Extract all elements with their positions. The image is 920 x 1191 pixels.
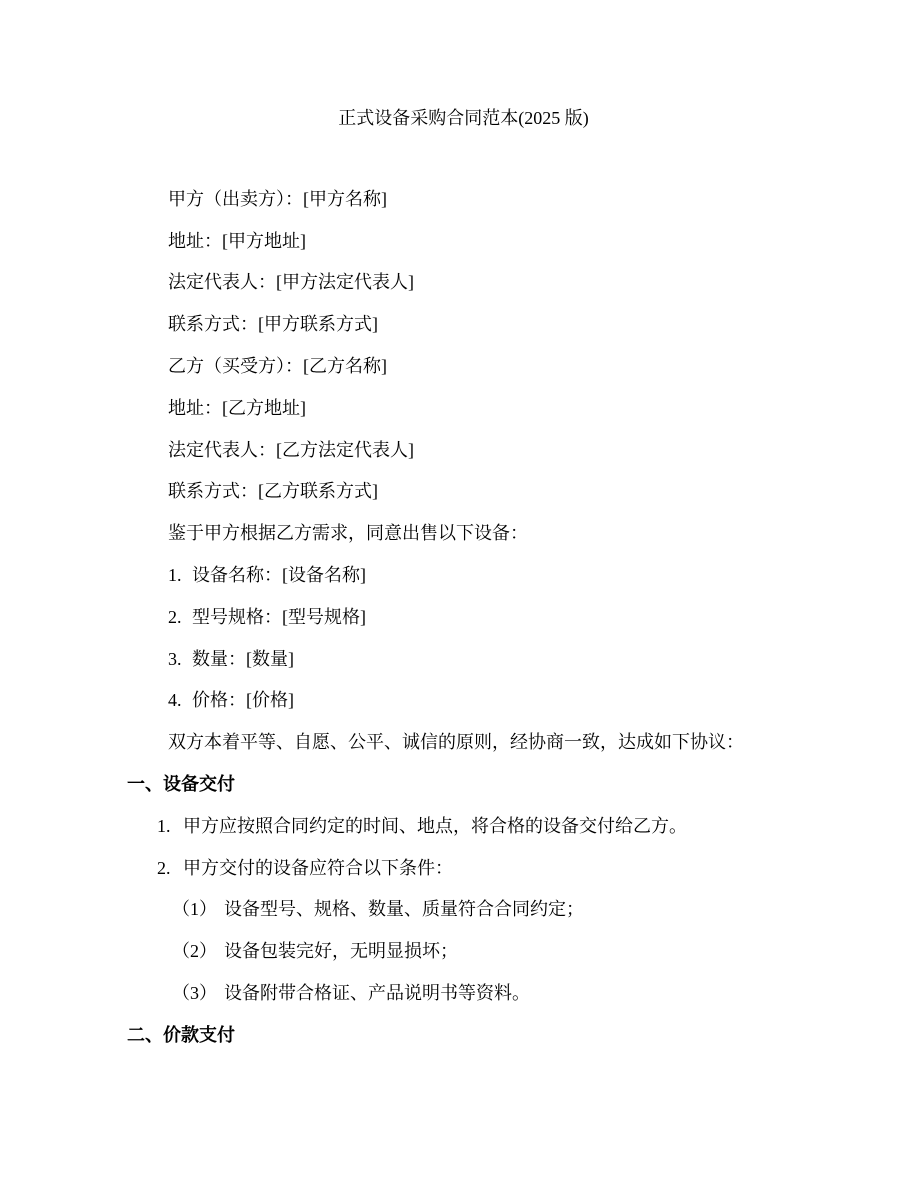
- paragraph-party-a-name: 甲方（出卖方）：[甲方名称]: [127, 179, 800, 221]
- sub-item-number: （3）: [172, 973, 224, 1015]
- list-item-delivery-conditions: 2.甲方交付的设备应符合以下条件：: [127, 848, 800, 890]
- paragraph-party-b-address: 地址：[乙方地址]: [127, 388, 800, 430]
- list-number: 2.: [157, 848, 183, 890]
- list-item-equipment-name: 1.设备名称：[设备名称]: [127, 555, 800, 597]
- paragraph-party-b-representative: 法定代表人：[乙方法定代表人]: [127, 430, 800, 472]
- paragraph-party-b-name: 乙方（买受方）：[乙方名称]: [127, 346, 800, 388]
- sub-item-conformity: （1）设备型号、规格、数量、质量符合合同约定；: [127, 889, 800, 931]
- list-text: 型号规格：[型号规格]: [192, 607, 366, 627]
- list-text: 甲方应按照合同约定的时间、地点，将合格的设备交付给乙方。: [183, 816, 687, 836]
- paragraph-party-b-contact: 联系方式：[乙方联系方式]: [127, 471, 800, 513]
- paragraph-agreement-principles: 双方本着平等、自愿、公平、诚信的原则，经协商一致，达成如下协议：: [127, 722, 800, 764]
- list-text: 设备名称：[设备名称]: [192, 565, 366, 585]
- list-item-quantity: 3.数量：[数量]: [127, 639, 800, 681]
- sub-item-text: 设备型号、规格、数量、质量符合合同约定；: [224, 899, 584, 919]
- list-text: 数量：[数量]: [192, 649, 294, 669]
- paragraph-party-a-representative: 法定代表人：[甲方法定代表人]: [127, 262, 800, 304]
- paragraph-whereas-clause: 鉴于甲方根据乙方需求，同意出售以下设备：: [127, 513, 800, 555]
- list-item-delivery-obligation: 1.甲方应按照合同约定的时间、地点，将合格的设备交付给乙方。: [127, 806, 800, 848]
- sub-item-number: （1）: [172, 889, 224, 931]
- document-title: 正式设备采购合同范本(2025 版): [127, 98, 800, 140]
- sub-item-text: 设备包装完好，无明显损坏；: [224, 941, 458, 961]
- contract-document-page: 正式设备采购合同范本(2025 版) 甲方（出卖方）：[甲方名称] 地址：[甲方…: [0, 0, 920, 1191]
- list-item-price: 4.价格：[价格]: [127, 680, 800, 722]
- list-number: 4.: [168, 680, 192, 722]
- list-number: 1.: [168, 555, 192, 597]
- sub-item-documents: （3）设备附带合格证、产品说明书等资料。: [127, 973, 800, 1015]
- sub-item-packaging: （2）设备包装完好，无明显损坏；: [127, 931, 800, 973]
- sub-item-number: （2）: [172, 931, 224, 973]
- list-number: 1.: [157, 806, 183, 848]
- list-number: 2.: [168, 597, 192, 639]
- section-heading-payment: 二、价款支付: [127, 1015, 800, 1057]
- sub-item-text: 设备附带合格证、产品说明书等资料。: [224, 983, 530, 1003]
- list-item-model-spec: 2.型号规格：[型号规格]: [127, 597, 800, 639]
- section-heading-equipment-delivery: 一、设备交付: [127, 764, 800, 806]
- list-text: 甲方交付的设备应符合以下条件：: [183, 858, 453, 878]
- paragraph-party-a-contact: 联系方式：[甲方联系方式]: [127, 304, 800, 346]
- list-text: 价格：[价格]: [192, 690, 294, 710]
- list-number: 3.: [168, 639, 192, 681]
- paragraph-party-a-address: 地址：[甲方地址]: [127, 221, 800, 263]
